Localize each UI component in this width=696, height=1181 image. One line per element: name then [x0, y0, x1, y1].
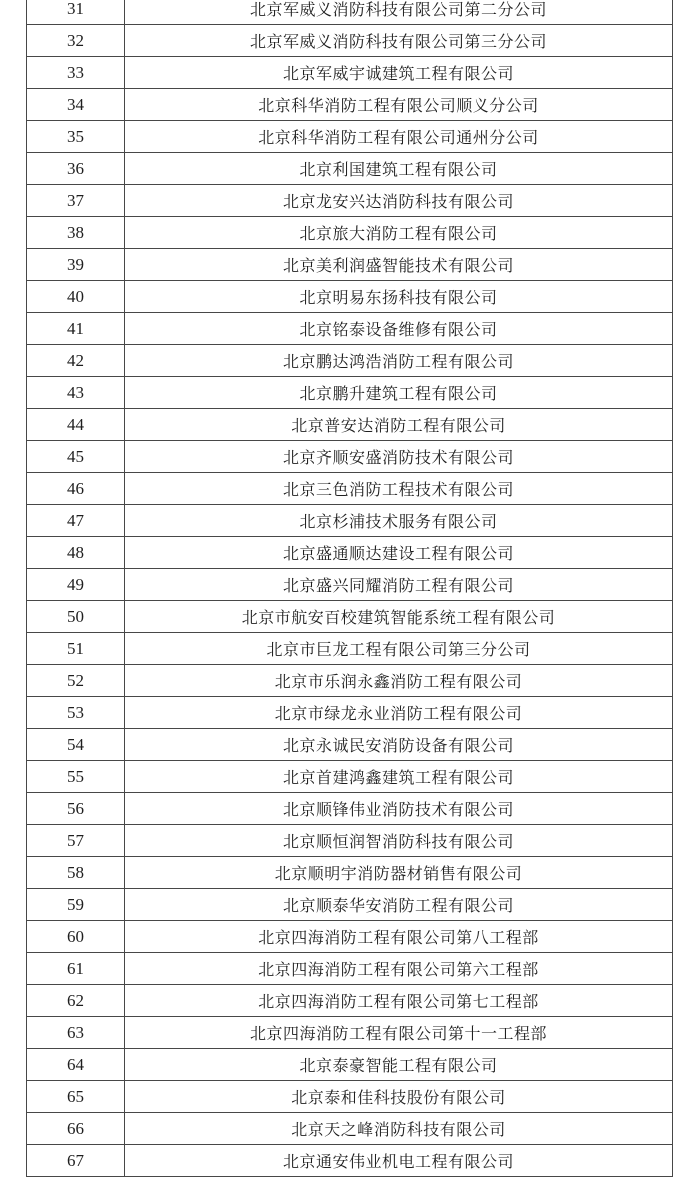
- table-row: 62北京四海消防工程有限公司第七工程部: [27, 985, 672, 1017]
- company-name: 北京鹏升建筑工程有限公司: [125, 377, 672, 408]
- company-name: 北京三色消防工程技术有限公司: [125, 473, 672, 504]
- company-name: 北京顺明宇消防器材销售有限公司: [125, 857, 672, 888]
- row-number: 35: [27, 121, 125, 152]
- table-row: 37北京龙安兴达消防科技有限公司: [27, 185, 672, 217]
- table-row: 64北京泰豪智能工程有限公司: [27, 1049, 672, 1081]
- row-number: 50: [27, 601, 125, 632]
- company-name: 北京泰和佳科技股份有限公司: [125, 1081, 672, 1112]
- table-row: 58北京顺明宇消防器材销售有限公司: [27, 857, 672, 889]
- table-row: 35北京科华消防工程有限公司通州分公司: [27, 121, 672, 153]
- table-row: 41北京铭泰设备维修有限公司: [27, 313, 672, 345]
- table-row: 36北京利国建筑工程有限公司: [27, 153, 672, 185]
- company-name: 北京军威义消防科技有限公司第二分公司: [125, 0, 672, 24]
- company-name: 北京天之峰消防科技有限公司: [125, 1113, 672, 1144]
- table-row: 53北京市绿龙永业消防工程有限公司: [27, 697, 672, 729]
- row-number: 47: [27, 505, 125, 536]
- row-number: 31: [27, 0, 125, 24]
- row-number: 49: [27, 569, 125, 600]
- table-row: 57北京顺恒润智消防科技有限公司: [27, 825, 672, 857]
- row-number: 32: [27, 25, 125, 56]
- row-number: 65: [27, 1081, 125, 1112]
- table-row: 42北京鹏达鸿浩消防工程有限公司: [27, 345, 672, 377]
- row-number: 37: [27, 185, 125, 216]
- company-name: 北京齐顺安盛消防技术有限公司: [125, 441, 672, 472]
- table-row: 46北京三色消防工程技术有限公司: [27, 473, 672, 505]
- row-number: 67: [27, 1145, 125, 1176]
- table-row: 45北京齐顺安盛消防技术有限公司: [27, 441, 672, 473]
- company-name: 北京杉浦技术服务有限公司: [125, 505, 672, 536]
- company-name: 北京市航安百校建筑智能系统工程有限公司: [125, 601, 672, 632]
- company-name: 北京盛兴同耀消防工程有限公司: [125, 569, 672, 600]
- table-row: 32北京军威义消防科技有限公司第三分公司: [27, 25, 672, 57]
- table-row: 54北京永诚民安消防设备有限公司: [27, 729, 672, 761]
- table-row: 48北京盛通顺达建设工程有限公司: [27, 537, 672, 569]
- row-number: 62: [27, 985, 125, 1016]
- row-number: 55: [27, 761, 125, 792]
- table-row: 56北京顺锋伟业消防技术有限公司: [27, 793, 672, 825]
- company-name: 北京四海消防工程有限公司第七工程部: [125, 985, 672, 1016]
- table-row: 63北京四海消防工程有限公司第十一工程部: [27, 1017, 672, 1049]
- table-row: 51北京市巨龙工程有限公司第三分公司: [27, 633, 672, 665]
- row-number: 64: [27, 1049, 125, 1080]
- row-number: 34: [27, 89, 125, 120]
- company-name: 北京顺泰华安消防工程有限公司: [125, 889, 672, 920]
- row-number: 66: [27, 1113, 125, 1144]
- row-number: 59: [27, 889, 125, 920]
- row-number: 57: [27, 825, 125, 856]
- row-number: 61: [27, 953, 125, 984]
- row-number: 43: [27, 377, 125, 408]
- row-number: 33: [27, 57, 125, 88]
- company-name: 北京泰豪智能工程有限公司: [125, 1049, 672, 1080]
- company-name: 北京明易东扬科技有限公司: [125, 281, 672, 312]
- table-row: 59北京顺泰华安消防工程有限公司: [27, 889, 672, 921]
- row-number: 44: [27, 409, 125, 440]
- company-name: 北京四海消防工程有限公司第八工程部: [125, 921, 672, 952]
- table-row: 65北京泰和佳科技股份有限公司: [27, 1081, 672, 1113]
- company-name: 北京首建鸿鑫建筑工程有限公司: [125, 761, 672, 792]
- company-name: 北京市巨龙工程有限公司第三分公司: [125, 633, 672, 664]
- company-name: 北京顺恒润智消防科技有限公司: [125, 825, 672, 856]
- table-row: 38北京旅大消防工程有限公司: [27, 217, 672, 249]
- table-row: 33北京军威宇诚建筑工程有限公司: [27, 57, 672, 89]
- row-number: 38: [27, 217, 125, 248]
- row-number: 36: [27, 153, 125, 184]
- row-number: 40: [27, 281, 125, 312]
- table-row: 55北京首建鸿鑫建筑工程有限公司: [27, 761, 672, 793]
- company-name: 北京美利润盛智能技术有限公司: [125, 249, 672, 280]
- company-name: 北京四海消防工程有限公司第六工程部: [125, 953, 672, 984]
- table-row: 61北京四海消防工程有限公司第六工程部: [27, 953, 672, 985]
- document-page: 31北京军威义消防科技有限公司第二分公司32北京军威义消防科技有限公司第三分公司…: [0, 0, 696, 1181]
- row-number: 39: [27, 249, 125, 280]
- company-name: 北京通安伟业机电工程有限公司: [125, 1145, 672, 1176]
- company-name: 北京四海消防工程有限公司第十一工程部: [125, 1017, 672, 1048]
- table-row: 31北京军威义消防科技有限公司第二分公司: [27, 0, 672, 25]
- table-row: 34北京科华消防工程有限公司顺义分公司: [27, 89, 672, 121]
- table-row: 66北京天之峰消防科技有限公司: [27, 1113, 672, 1145]
- table-row: 44北京普安达消防工程有限公司: [27, 409, 672, 441]
- row-number: 46: [27, 473, 125, 504]
- company-name: 北京科华消防工程有限公司通州分公司: [125, 121, 672, 152]
- table-row: 52北京市乐润永鑫消防工程有限公司: [27, 665, 672, 697]
- companies-table: 31北京军威义消防科技有限公司第二分公司32北京军威义消防科技有限公司第三分公司…: [26, 0, 673, 1177]
- table-row: 67北京通安伟业机电工程有限公司: [27, 1145, 672, 1177]
- company-name: 北京旅大消防工程有限公司: [125, 217, 672, 248]
- company-name: 北京利国建筑工程有限公司: [125, 153, 672, 184]
- table-row: 50北京市航安百校建筑智能系统工程有限公司: [27, 601, 672, 633]
- company-name: 北京军威义消防科技有限公司第三分公司: [125, 25, 672, 56]
- row-number: 48: [27, 537, 125, 568]
- row-number: 56: [27, 793, 125, 824]
- company-name: 北京鹏达鸿浩消防工程有限公司: [125, 345, 672, 376]
- table-row: 39北京美利润盛智能技术有限公司: [27, 249, 672, 281]
- company-name: 北京市绿龙永业消防工程有限公司: [125, 697, 672, 728]
- row-number: 63: [27, 1017, 125, 1048]
- table-row: 43北京鹏升建筑工程有限公司: [27, 377, 672, 409]
- row-number: 41: [27, 313, 125, 344]
- table-row: 47北京杉浦技术服务有限公司: [27, 505, 672, 537]
- company-name: 北京市乐润永鑫消防工程有限公司: [125, 665, 672, 696]
- row-number: 58: [27, 857, 125, 888]
- company-name: 北京普安达消防工程有限公司: [125, 409, 672, 440]
- company-name: 北京军威宇诚建筑工程有限公司: [125, 57, 672, 88]
- row-number: 51: [27, 633, 125, 664]
- table-row: 60北京四海消防工程有限公司第八工程部: [27, 921, 672, 953]
- table-row: 40北京明易东扬科技有限公司: [27, 281, 672, 313]
- row-number: 54: [27, 729, 125, 760]
- table-row: 49北京盛兴同耀消防工程有限公司: [27, 569, 672, 601]
- row-number: 53: [27, 697, 125, 728]
- company-name: 北京永诚民安消防设备有限公司: [125, 729, 672, 760]
- company-name: 北京盛通顺达建设工程有限公司: [125, 537, 672, 568]
- company-name: 北京铭泰设备维修有限公司: [125, 313, 672, 344]
- row-number: 42: [27, 345, 125, 376]
- row-number: 45: [27, 441, 125, 472]
- company-name: 北京顺锋伟业消防技术有限公司: [125, 793, 672, 824]
- company-name: 北京科华消防工程有限公司顺义分公司: [125, 89, 672, 120]
- row-number: 60: [27, 921, 125, 952]
- company-name: 北京龙安兴达消防科技有限公司: [125, 185, 672, 216]
- row-number: 52: [27, 665, 125, 696]
